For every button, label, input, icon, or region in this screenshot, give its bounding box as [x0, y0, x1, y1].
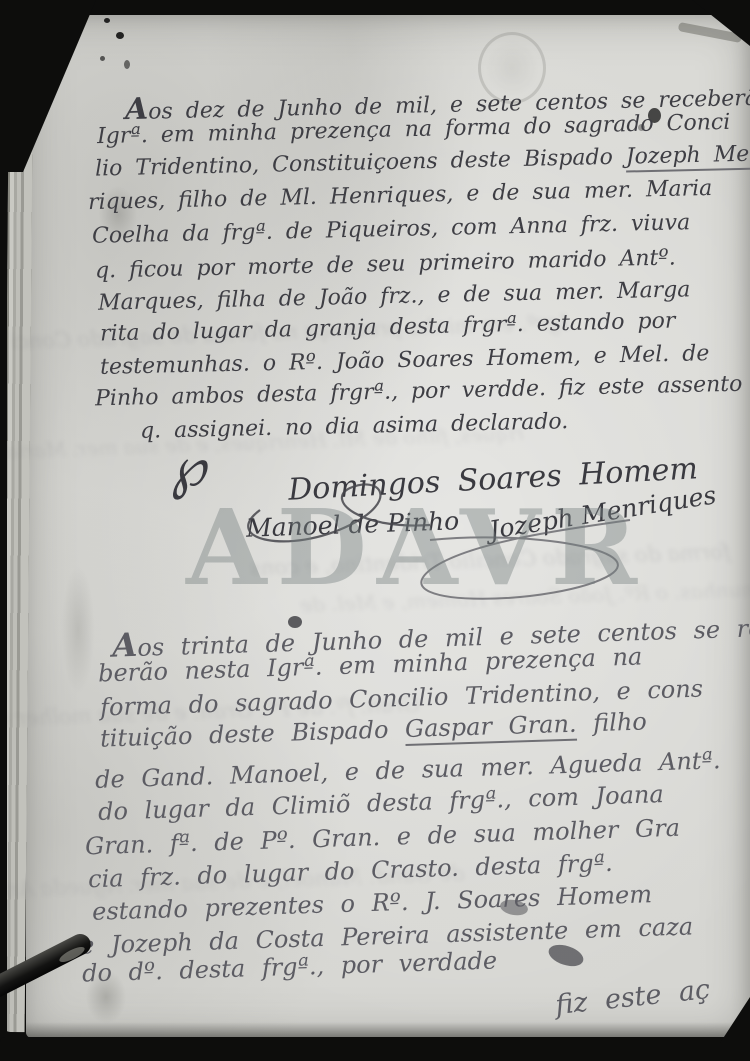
smudge	[60, 560, 96, 700]
ink-speck	[116, 32, 124, 39]
ink-speck	[100, 56, 105, 61]
manuscript-scan: Igrª. em minha prezença na forma do sagr…	[0, 0, 750, 1061]
background-top-edge	[0, 0, 750, 15]
ink-speck	[104, 18, 110, 23]
background-left-edge	[0, 0, 7, 1061]
line-text: filho	[576, 707, 647, 737]
background-bottom-edge	[0, 1037, 750, 1061]
underlined-name: Gaspar Gran.	[405, 710, 577, 743]
archive-watermark: ADAVR	[186, 486, 647, 609]
smudge	[84, 968, 128, 1026]
ink-speck	[124, 60, 130, 69]
underlined-name: Jozeph Men	[626, 141, 750, 169]
paper-bottom-edge	[26, 1022, 750, 1038]
